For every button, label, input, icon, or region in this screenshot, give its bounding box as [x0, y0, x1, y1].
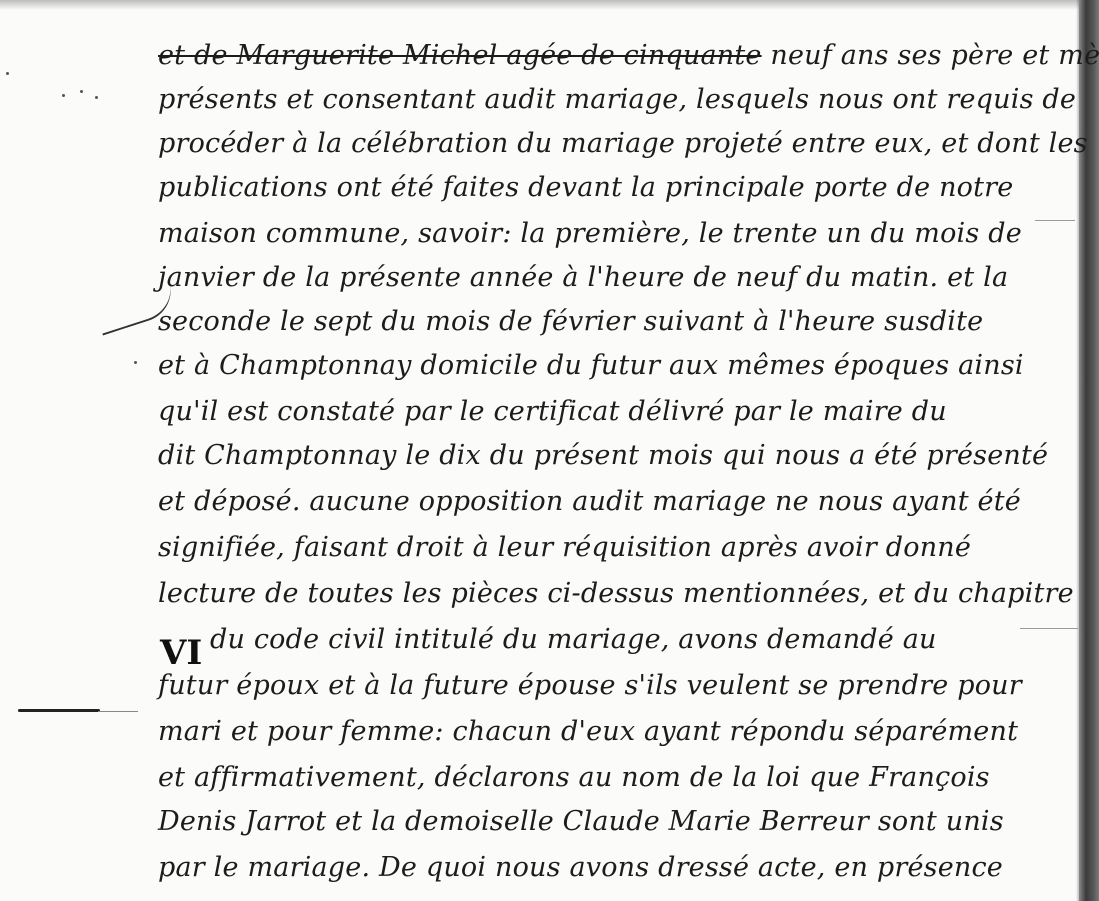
text-line-7: seconde le sept du mois de février suiva…: [158, 306, 983, 337]
text-line-16: mari et pour femme: chacun d'eux ayant r…: [158, 716, 1018, 747]
text-line-13: lecture de toutes les pièces ci-dessus m…: [158, 578, 1074, 609]
margin-dash-mark: [18, 709, 100, 712]
ink-speck: [134, 361, 137, 364]
ink-speck: [62, 94, 65, 97]
text-line-3: procéder à la célébration du mariage pro…: [158, 128, 1088, 159]
text-line-19: par le mariage. De quoi nous avons dress…: [158, 852, 1003, 883]
text-line-2: présents et consentant audit mariage, le…: [158, 84, 1076, 115]
ink-speck: [80, 90, 83, 93]
text-line-4: publications ont été faites devant la pr…: [158, 172, 1013, 203]
ink-speck: [6, 72, 9, 75]
margin-dash-tail: [98, 711, 138, 712]
text-line-10: dit Champtonnay le dix du présent mois q…: [158, 440, 1048, 471]
ink-speck: [95, 96, 98, 99]
text-line-15: futur époux et à la future épouse s'ils …: [158, 670, 1022, 701]
text-line-14: du code civil intitulé du mariage, avons…: [210, 624, 937, 655]
text-line-6: janvier de la présente année à l'heure d…: [158, 262, 1008, 293]
text-line-18: Denis Jarrot et la demoiselle Claude Mar…: [158, 806, 1004, 837]
text-line-8: et à Champtonnay domicile du futur aux m…: [158, 350, 1024, 381]
text-line-11: et déposé. aucune opposition audit maria…: [158, 486, 1021, 517]
text-line-9: qu'il est constaté par le certificat dél…: [158, 396, 947, 427]
scan-top-shadow: [0, 0, 1099, 10]
text-line-12: signifiée, faisant droit à leur réquisit…: [158, 532, 971, 563]
ruling-line: [1020, 628, 1078, 629]
line-remainder: neuf ans ses père et mère ici: [762, 40, 1099, 71]
text-line-5: maison commune, savoir: la première, le …: [158, 218, 1022, 249]
text-line-17: et affirmativement, déclarons au nom de …: [158, 762, 990, 793]
text-line-1: et de Marguerite Michel agée de cinquant…: [158, 40, 1099, 71]
margin-entry-numeral: VI: [160, 633, 202, 673]
scanned-document-page: VI et de Marguerite Michel agée de cinqu…: [0, 0, 1099, 901]
struck-through-text: et de Marguerite Michel agée de cinquant…: [158, 40, 762, 71]
ruling-line: [1035, 220, 1075, 221]
